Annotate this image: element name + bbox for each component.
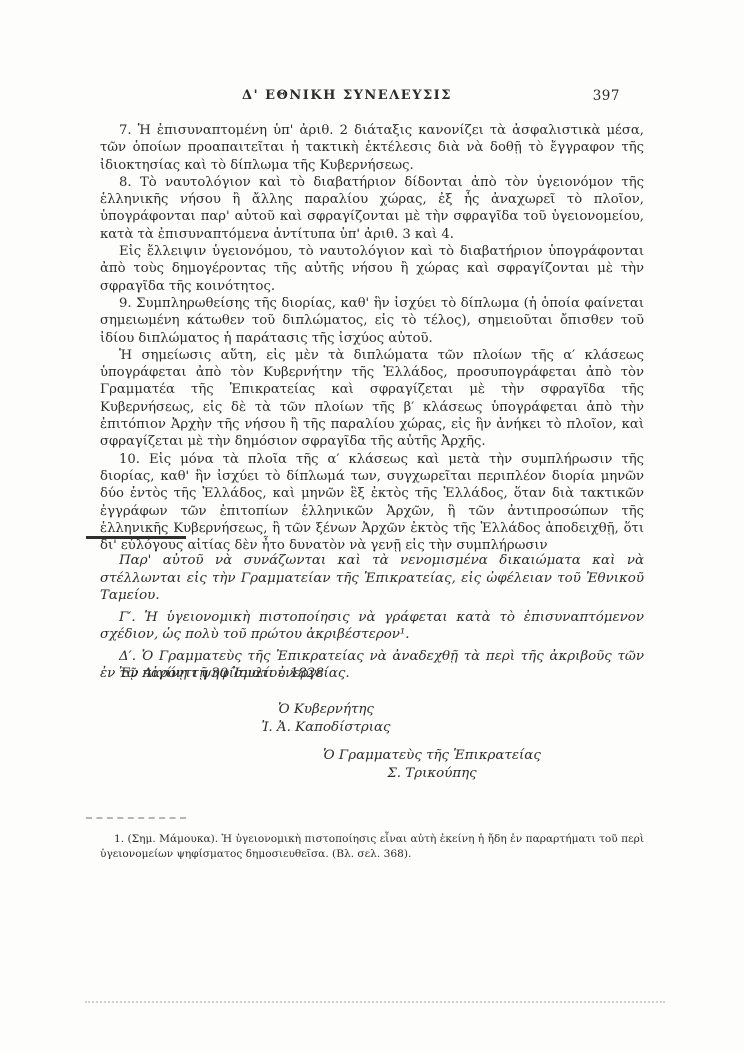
paragraph-article-8b: Εἰς ἔλλειψιν ὑγειονόμου, τὸ ναυτολόγιον … bbox=[100, 243, 644, 295]
signature-name: Ἰ. Ἀ. Καποδίστριας bbox=[100, 719, 552, 737]
assembly-title: Δ' ΕΘΝΙΚΗ ΣΥΝΕΛΕΥΣΙΣ bbox=[100, 88, 594, 103]
dateline: Ἐν Αἰγίνῃ τῇ 30 Ἰουλίου 1828 bbox=[100, 666, 644, 681]
annex-paragraph-revenues: Παρ' αὐτοῦ νὰ συνάζωνται καὶ τὰ νενομισμ… bbox=[100, 552, 644, 605]
paragraph-article-8: 8. Τὸ ναυτολόγιον καὶ τὸ διαβατήριον δίδ… bbox=[100, 174, 644, 243]
paragraph-article-9b: Ἡ σημείωσις αὕτη, εἰς μὲν τὰ διπλώματα τ… bbox=[100, 347, 644, 451]
decree-body: 7. Ἡ ἐπισυναπτομένη ὑπ' ἀριθ. 2 διάταξις… bbox=[100, 122, 644, 554]
footnote-divider-rule bbox=[86, 817, 186, 819]
paragraph-article-7: 7. Ἡ ἐπισυναπτομένη ὑπ' ἀριθ. 2 διάταξις… bbox=[100, 122, 644, 174]
page-number: 397 bbox=[593, 88, 620, 104]
signature-name: Σ. Τρικούπης bbox=[220, 765, 644, 783]
section-divider-rule bbox=[86, 536, 186, 539]
scan-artifact-line bbox=[85, 1001, 665, 1003]
signature-title: Ὁ Γραμματεὺς τῆς Ἐπικρατείας bbox=[220, 747, 644, 765]
signature-secretary: Ὁ Γραμματεὺς τῆς Ἐπικρατείας Σ. Τρικούπη… bbox=[220, 747, 644, 783]
signature-governor: Ὁ Κυβερνήτης Ἰ. Ἀ. Καποδίστριας bbox=[100, 701, 552, 737]
running-head: Δ' ΕΘΝΙΚΗ ΣΥΝΕΛΕΥΣΙΣ 397 bbox=[100, 88, 644, 106]
scanned-document-page: Δ' ΕΘΝΙΚΗ ΣΥΝΕΛΕΥΣΙΣ 397 7. Ἡ ἐπισυναπτο… bbox=[0, 0, 744, 1052]
annex-paragraph-gamma: Γ′. Ἡ ὑγειονομικὴ πιστοποίησις νὰ γράφετ… bbox=[100, 609, 644, 644]
footnote-text: 1. (Σημ. Μάμουκα). Ἡ ὑγειονομικὴ πιστοπο… bbox=[100, 832, 644, 862]
footnote: 1. (Σημ. Μάμουκα). Ἡ ὑγειονομικὴ πιστοπο… bbox=[100, 832, 644, 862]
paragraph-article-9: 9. Συμπληρωθείσης τῆς διορίας, καθ' ἣν ἰ… bbox=[100, 295, 644, 347]
paragraph-article-10: 10. Εἰς μόνα τὰ πλοῖα τῆς α′ κλάσεως καὶ… bbox=[100, 451, 644, 555]
signature-title: Ὁ Κυβερνήτης bbox=[100, 701, 552, 719]
